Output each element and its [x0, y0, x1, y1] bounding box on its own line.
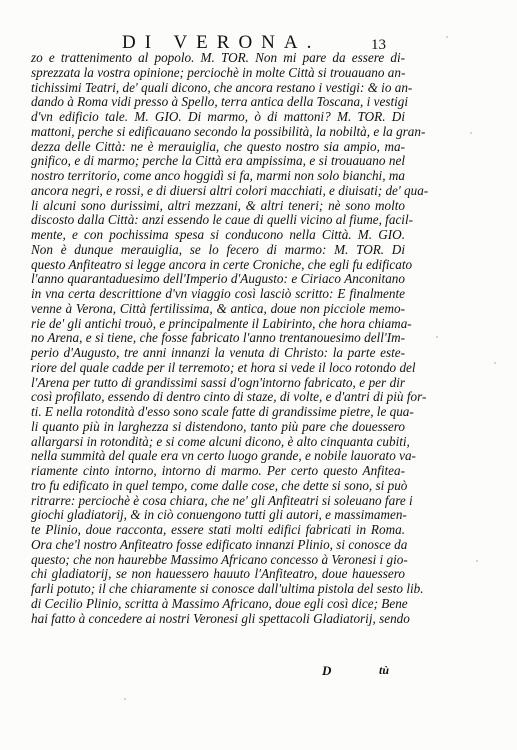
paper-speck	[476, 560, 478, 562]
text-line: dando à Roma vidi presso à Spello, terra…	[31, 95, 405, 110]
paper-speck	[124, 698, 126, 700]
text-line: nostro territorio, come anco hoggidì si …	[31, 169, 405, 184]
text-line: allargarsi in rotondità; e si come alcun…	[31, 435, 405, 450]
text-line: ti. E nella rotondità d'esso sono scale …	[31, 405, 405, 420]
text-line: ritrarre: perciochè è cosa chiara, che n…	[31, 494, 405, 509]
text-line: Non è dunque merauiglia, se lo fecero di…	[31, 243, 405, 258]
text-line: venne à Verona, Città fertilissima, & an…	[31, 302, 405, 317]
text-line: questo Anfiteatro si legge ancora in cer…	[31, 258, 405, 273]
body-text: zo e trattenimento al popolo. M. TOR. No…	[31, 51, 405, 626]
text-line: te Plinio, doue racconta, essere stati m…	[31, 523, 405, 538]
book-page: DI VERONA. 13 zo e trattenimento al popo…	[0, 0, 517, 750]
text-line: dezza delle Città: ne è merauiglia, che …	[31, 140, 405, 155]
text-line: tro fu edificato in quel tempo, come dal…	[31, 479, 405, 494]
text-line: sprezzata la vostra opinione; perciochè …	[31, 66, 405, 81]
signature-mark: D	[322, 663, 331, 679]
text-line: zo e trattenimento al popolo. M. TOR. No…	[31, 51, 405, 66]
text-line: li alcuni sono durissimi, altri mezzani,…	[31, 199, 405, 214]
catchword: tù	[379, 663, 389, 678]
page-footer: D tù	[31, 663, 405, 679]
text-line: farli potuto; il che chiaramente si cono…	[31, 582, 405, 597]
text-line: no Arena, e si tiene, che fosse fabricat…	[31, 331, 405, 346]
text-line: rie de' gli antichi trouò, e principalme…	[31, 317, 405, 332]
text-line: chi gladiatorij, se non hauessero hauuto…	[31, 567, 405, 582]
text-line: in vna certa descrittione d'vn viaggio c…	[31, 287, 405, 302]
text-line: giochi gladiatorij, & in ciò conuengono …	[31, 508, 405, 523]
paper-speck	[470, 132, 472, 134]
paper-speck	[494, 362, 496, 364]
text-line: discosto dalla Città: anzi essendo le ca…	[31, 213, 405, 228]
text-line: così profilato, essendo di dentro cinto …	[31, 390, 405, 405]
text-line: l'Arena per tutto di grandissimi sassi d…	[31, 376, 405, 391]
text-line: Ora che'l nostro Anfiteatro fosse edific…	[31, 538, 405, 553]
text-line: li quanto più in larghezza si distendono…	[31, 420, 405, 435]
text-line: mente, e con pochissima spesa si conduco…	[31, 228, 405, 243]
paper-speck	[436, 336, 438, 338]
text-line: hai fatto à concedere ai nostri Veronesi…	[31, 612, 405, 627]
text-line: riamente cinto intorno, intorno di marmo…	[31, 464, 405, 479]
paper-speck	[446, 36, 448, 38]
text-line: riore del quale cadde per il terremoto; …	[31, 361, 405, 376]
text-line: mattoni, perche si edificauano secondo l…	[31, 125, 405, 140]
text-line: di Cecilio Plinio, scritta à Massimo Afr…	[31, 597, 405, 612]
text-line: l'anno quarantaduesimo dell'Imperio d'Au…	[31, 272, 405, 287]
text-line: d'vn edificio tale. M. GIO. Di marmo, ò …	[31, 110, 405, 125]
text-line: ancora negri, e rossi, e di diuersi altr…	[31, 184, 405, 199]
text-line: gnifico, e di marmo; perche la Città era…	[31, 154, 405, 169]
text-line: nella summità del quale era vn certo luo…	[31, 449, 405, 464]
text-line: perio d'Augusto, tre anni innanzi la ven…	[31, 346, 405, 361]
text-line: tichissimi Teatri, de' quali dicono, che…	[31, 81, 405, 96]
text-line: questo; che non haurebbe Massimo African…	[31, 553, 405, 568]
